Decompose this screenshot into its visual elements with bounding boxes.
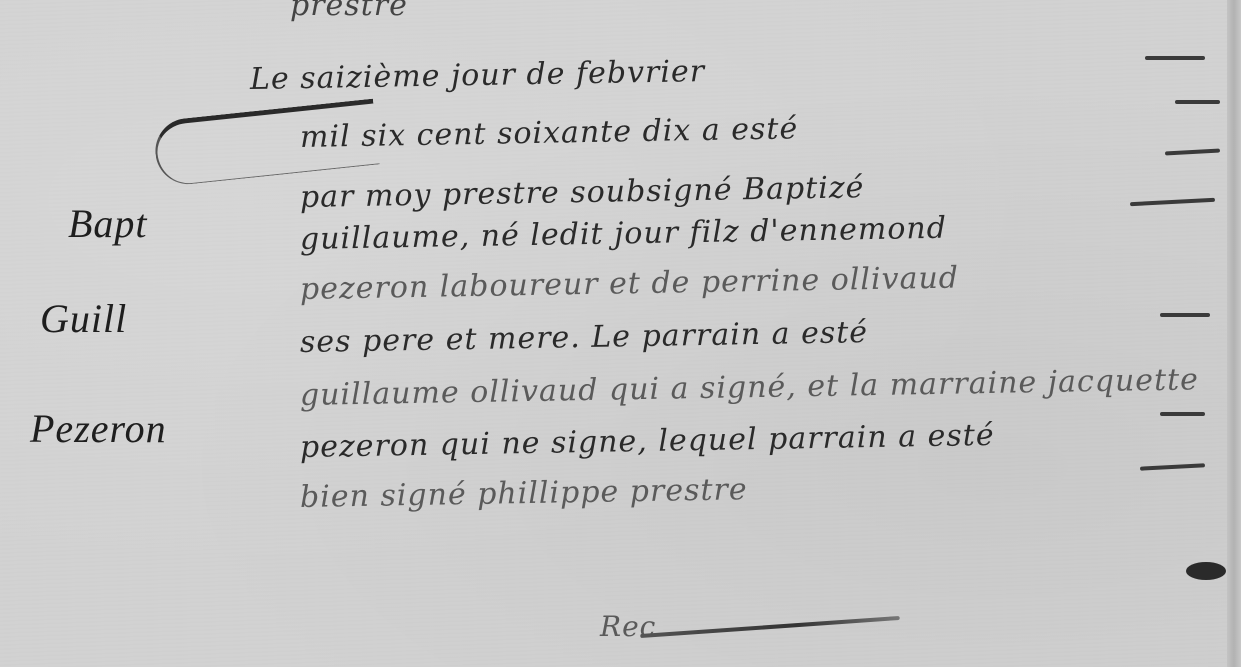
body-line-9: bien signé phillippe prestre (300, 472, 748, 515)
body-line-4: guillaume, né ledit jour filz d'ennemond (300, 211, 947, 257)
line-end-dash (1175, 100, 1220, 104)
body-line-8: pezeron qui ne signe, lequel parrain a e… (300, 418, 995, 465)
register-page: prestre Bapt Guill Pezeron Le saizième j… (0, 0, 1241, 667)
line-end-dash (1140, 463, 1205, 470)
top-fragment-text: prestre (290, 0, 408, 23)
line-end-dash (1160, 313, 1210, 317)
signature: Rec (600, 610, 656, 643)
signature-flourish (640, 616, 900, 638)
line-end-dash (1165, 149, 1220, 156)
page-edge (1227, 0, 1241, 667)
body-line-7: guillaume ollivaud qui a signé, et la ma… (300, 362, 1200, 413)
margin-note-guill: Guill (40, 295, 127, 342)
body-line-1: Le saizième jour de febvrier (250, 54, 706, 97)
line-end-dash (1145, 56, 1205, 60)
ink-blot (1186, 562, 1226, 580)
line-end-dash (1160, 412, 1205, 416)
margin-note-surname: Pezeron (30, 405, 167, 452)
body-line-3: par moy prestre soubsigné Baptizé (300, 170, 865, 215)
line-end-dash (1130, 198, 1215, 206)
body-line-6: ses pere et mere. Le parrain a esté (300, 315, 869, 360)
body-line-5: pezeron laboureur et de perrine ollivaud (300, 261, 960, 307)
margin-note-bapt: Bapt (68, 200, 148, 247)
body-line-2: mil six cent soixante dix a esté (300, 111, 799, 155)
